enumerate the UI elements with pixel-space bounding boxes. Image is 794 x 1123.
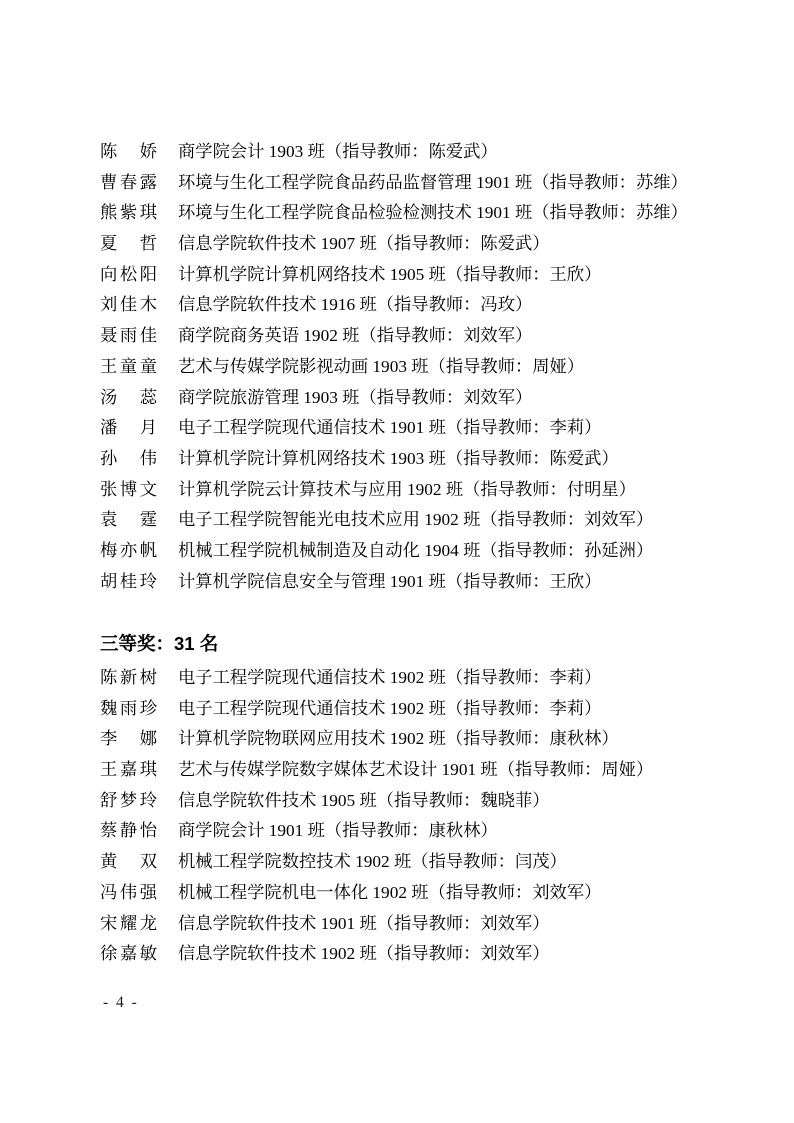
student-name: 冯伟强: [100, 878, 157, 909]
student-name: 向松阳: [100, 260, 157, 291]
student-name: 王童童: [100, 352, 157, 383]
award-entry-row: 陈新树 电子工程学院现代通信技术 1902 班（指导教师：李莉）: [100, 663, 739, 694]
student-name: 胡桂玲: [100, 567, 157, 598]
award-section: 三等奖：31 名 陈新树 电子工程学院现代通信技术 1902 班（指导教师：李莉…: [100, 629, 739, 970]
award-entry-row: 曹春露 环境与生化工程学院食品药品监督管理 1901 班（指导教师：苏维）: [100, 168, 739, 199]
entry-detail: 信息学院软件技术 1916 班（指导教师：冯玫）: [178, 290, 532, 321]
student-name: 黄双: [100, 847, 157, 878]
student-name: 蔡静怡: [100, 816, 157, 847]
award-entry-row: 孙伟 计算机学院计算机网络技术 1903 班（指导教师：陈爱武）: [100, 444, 739, 475]
award-entry-row: 张博文 计算机学院云计算技术与应用 1902 班（指导教师：付明星）: [100, 475, 739, 506]
page-number: - 4 -: [103, 992, 139, 1014]
entry-detail: 环境与生化工程学院食品药品监督管理 1901 班（指导教师：苏维）: [178, 168, 688, 199]
award-entry-row: 刘佳木 信息学院软件技术 1916 班（指导教师：冯玫）: [100, 290, 739, 321]
entry-detail: 机械工程学院机械制造及自动化 1904 班（指导教师：孙延洲）: [178, 536, 653, 567]
award-entry-row: 李娜 计算机学院物联网应用技术 1902 班（指导教师：康秋林）: [100, 724, 739, 755]
entry-detail: 信息学院软件技术 1905 班（指导教师：魏晓菲）: [178, 786, 550, 817]
entry-detail: 环境与生化工程学院食品检验检测技术 1901 班（指导教师：苏维）: [178, 198, 688, 229]
entry-detail: 机械工程学院数控技术 1902 班（指导教师：闫茂）: [178, 847, 567, 878]
student-name: 潘月: [100, 413, 157, 444]
award-entry-row: 胡桂玲 计算机学院信息安全与管理 1901 班（指导教师：王欣）: [100, 567, 739, 598]
student-name: 刘佳木: [100, 290, 157, 321]
entry-detail: 信息学院软件技术 1901 班（指导教师：刘效军）: [178, 909, 550, 940]
student-name: 梅亦帆: [100, 536, 157, 567]
entry-detail: 商学院商务英语 1902 班（指导教师：刘效军）: [178, 321, 532, 352]
student-name: 熊紫琪: [100, 198, 157, 229]
section-entries: 陈娇 商学院会计 1903 班（指导教师：陈爱武） 曹春露 环境与生化工程学院食…: [100, 137, 739, 597]
award-entry-row: 向松阳 计算机学院计算机网络技术 1905 班（指导教师：王欣）: [100, 260, 739, 291]
entry-detail: 计算机学院计算机网络技术 1905 班（指导教师：王欣）: [178, 260, 601, 291]
award-section: 陈娇 商学院会计 1903 班（指导教师：陈爱武） 曹春露 环境与生化工程学院食…: [100, 137, 739, 597]
award-entry-row: 梅亦帆 机械工程学院机械制造及自动化 1904 班（指导教师：孙延洲）: [100, 536, 739, 567]
entry-detail: 商学院旅游管理 1903 班（指导教师：刘效军）: [178, 383, 532, 414]
entry-detail: 商学院会计 1901 班（指导教师：康秋林）: [178, 816, 498, 847]
award-entry-row: 袁霆 电子工程学院智能光电技术应用 1902 班（指导教师：刘效军）: [100, 505, 739, 536]
document-page: 陈娇 商学院会计 1903 班（指导教师：陈爱武） 曹春露 环境与生化工程学院食…: [0, 0, 794, 1123]
student-name: 夏哲: [100, 229, 157, 260]
document-content: 陈娇 商学院会计 1903 班（指导教师：陈爱武） 曹春露 环境与生化工程学院食…: [100, 137, 739, 970]
section-entries: 陈新树 电子工程学院现代通信技术 1902 班（指导教师：李莉） 魏雨珍 电子工…: [100, 663, 739, 970]
award-entry-row: 王童童 艺术与传媒学院影视动画 1903 班（指导教师：周娅）: [100, 352, 739, 383]
student-name: 李娜: [100, 724, 157, 755]
student-name: 张博文: [100, 475, 157, 506]
award-entry-row: 汤蕊 商学院旅游管理 1903 班（指导教师：刘效军）: [100, 383, 739, 414]
student-name: 宋耀龙: [100, 909, 157, 940]
entry-detail: 计算机学院计算机网络技术 1903 班（指导教师：陈爱武）: [178, 444, 619, 475]
entry-detail: 计算机学院云计算技术与应用 1902 班（指导教师：付明星）: [178, 475, 636, 506]
student-name: 汤蕊: [100, 383, 157, 414]
award-entry-row: 陈娇 商学院会计 1903 班（指导教师：陈爱武）: [100, 137, 739, 168]
student-name: 袁霆: [100, 505, 157, 536]
student-name: 孙伟: [100, 444, 157, 475]
entry-detail: 艺术与传媒学院数字媒体艺术设计 1901 班（指导教师：周娅）: [178, 755, 653, 786]
student-name: 陈娇: [100, 137, 157, 168]
entry-detail: 信息学院软件技术 1902 班（指导教师：刘效军）: [178, 939, 550, 970]
student-name: 魏雨珍: [100, 694, 157, 725]
section-heading: 三等奖：31 名: [100, 629, 739, 660]
award-entry-row: 王嘉琪 艺术与传媒学院数字媒体艺术设计 1901 班（指导教师：周娅）: [100, 755, 739, 786]
award-entry-row: 徐嘉敏 信息学院软件技术 1902 班（指导教师：刘效军）: [100, 939, 739, 970]
award-entry-row: 熊紫琪 环境与生化工程学院食品检验检测技术 1901 班（指导教师：苏维）: [100, 198, 739, 229]
entry-detail: 机械工程学院机电一体化 1902 班（指导教师：刘效军）: [178, 878, 601, 909]
award-entry-row: 蔡静怡 商学院会计 1901 班（指导教师：康秋林）: [100, 816, 739, 847]
entry-detail: 电子工程学院智能光电技术应用 1902 班（指导教师：刘效军）: [178, 505, 653, 536]
entry-detail: 信息学院软件技术 1907 班（指导教师：陈爱武）: [178, 229, 550, 260]
award-entry-row: 魏雨珍 电子工程学院现代通信技术 1902 班（指导教师：李莉）: [100, 694, 739, 725]
entry-detail: 计算机学院物联网应用技术 1902 班（指导教师：康秋林）: [178, 724, 619, 755]
entry-detail: 电子工程学院现代通信技术 1901 班（指导教师：李莉）: [178, 413, 601, 444]
student-name: 王嘉琪: [100, 755, 157, 786]
award-entry-row: 舒梦玲 信息学院软件技术 1905 班（指导教师：魏晓菲）: [100, 786, 739, 817]
student-name: 聂雨佳: [100, 321, 157, 352]
award-entry-row: 潘月 电子工程学院现代通信技术 1901 班（指导教师：李莉）: [100, 413, 739, 444]
entry-detail: 电子工程学院现代通信技术 1902 班（指导教师：李莉）: [178, 663, 601, 694]
award-entry-row: 聂雨佳 商学院商务英语 1902 班（指导教师：刘效军）: [100, 321, 739, 352]
award-entry-row: 宋耀龙 信息学院软件技术 1901 班（指导教师：刘效军）: [100, 909, 739, 940]
award-sections: 陈娇 商学院会计 1903 班（指导教师：陈爱武） 曹春露 环境与生化工程学院食…: [100, 137, 739, 970]
entry-detail: 计算机学院信息安全与管理 1901 班（指导教师：王欣）: [178, 567, 601, 598]
award-entry-row: 冯伟强 机械工程学院机电一体化 1902 班（指导教师：刘效军）: [100, 878, 739, 909]
student-name: 徐嘉敏: [100, 939, 157, 970]
entry-detail: 电子工程学院现代通信技术 1902 班（指导教师：李莉）: [178, 694, 601, 725]
student-name: 曹春露: [100, 168, 157, 199]
entry-detail: 艺术与传媒学院影视动画 1903 班（指导教师：周娅）: [178, 352, 584, 383]
award-entry-row: 夏哲 信息学院软件技术 1907 班（指导教师：陈爱武）: [100, 229, 739, 260]
student-name: 陈新树: [100, 663, 157, 694]
award-entry-row: 黄双 机械工程学院数控技术 1902 班（指导教师：闫茂）: [100, 847, 739, 878]
student-name: 舒梦玲: [100, 786, 157, 817]
entry-detail: 商学院会计 1903 班（指导教师：陈爱武）: [178, 137, 498, 168]
